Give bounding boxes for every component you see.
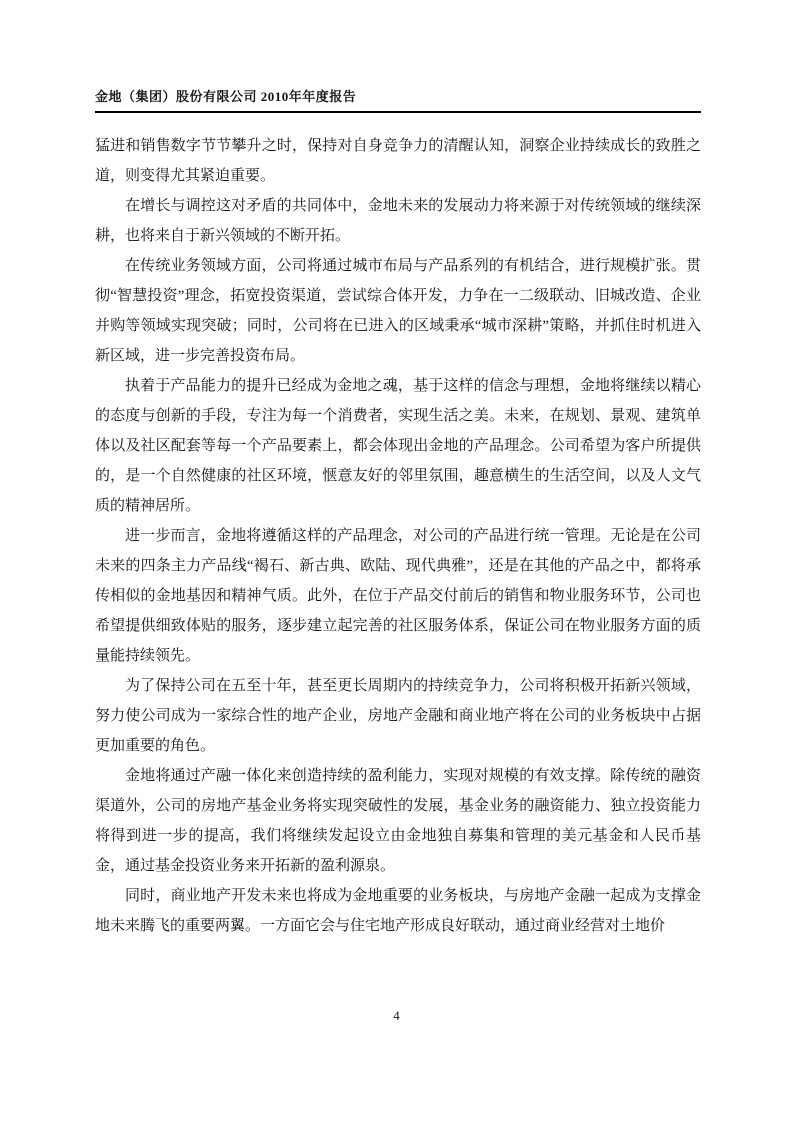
page-footer: 4 — [0, 1008, 793, 1024]
paragraph: 在增长与调控这对矛盾的共同体中，金地未来的发展动力将来源于对传统领域的继续深耕，… — [95, 191, 701, 251]
paragraph: 执着于产品能力的提升已经成为金地之魂，基于这样的信念与理想，金地将继续以精心的态… — [95, 371, 701, 521]
report-title: 金地（集团）股份有限公司 2010年年度报告 — [95, 89, 356, 104]
page-number: 4 — [393, 1008, 400, 1023]
paragraph: 猛进和销售数字节节攀升之时，保持对自身竞争力的清醒认知，洞察企业持续成长的致胜之… — [95, 131, 701, 191]
document-body: 猛进和销售数字节节攀升之时，保持对自身竞争力的清醒认知，洞察企业持续成长的致胜之… — [95, 131, 701, 941]
page-header: 金地（集团）股份有限公司 2010年年度报告 — [95, 88, 701, 113]
paragraph: 在传统业务领域方面，公司将通过城市布局与产品系列的有机结合，进行规模扩张。贯彻“… — [95, 251, 701, 371]
paragraph: 金地将通过产融一体化来创造持续的盈利能力，实现对规模的有效支撑。除传统的融资渠道… — [95, 761, 701, 881]
paragraph: 为了保持公司在五至十年，甚至更长周期内的持续竞争力，公司将积极开拓新兴领域，努力… — [95, 671, 701, 761]
paragraph: 同时，商业地产开发未来也将成为金地重要的业务板块，与房地产金融一起成为支撑金地未… — [95, 881, 701, 941]
document-page: 金地（集团）股份有限公司 2010年年度报告 猛进和销售数字节节攀升之时，保持对… — [0, 0, 793, 1122]
paragraph: 进一步而言，金地将遵循这样的产品理念，对公司的产品进行统一管理。无论是在公司未来… — [95, 521, 701, 671]
